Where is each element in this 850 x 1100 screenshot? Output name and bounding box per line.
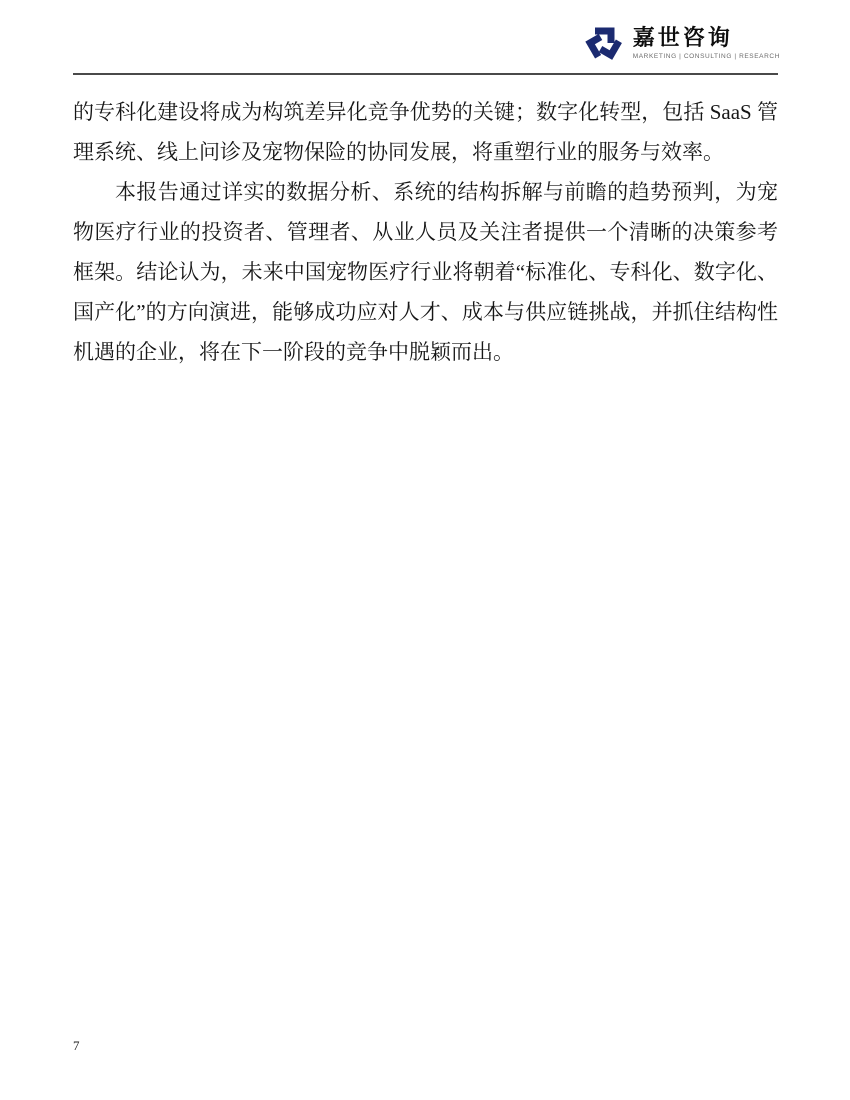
body-paragraph: 的专科化建设将成为构筑差异化竞争优势的关键；数字化转型，包括 SaaS 管理系统… (73, 92, 778, 172)
header-divider (73, 73, 778, 75)
company-name: 嘉世咨询 (633, 25, 733, 51)
company-logo-text-block: 嘉世咨询 MARKETING | CONSULTING | RESEARCH (633, 25, 780, 60)
document-body: 的专科化建设将成为构筑差异化竞争优势的关键；数字化转型，包括 SaaS 管理系统… (73, 92, 778, 372)
page-number: 7 (73, 1038, 80, 1054)
company-logo: 嘉世咨询 MARKETING | CONSULTING | RESEARCH (584, 22, 780, 62)
body-paragraph: 本报告通过详实的数据分析、系统的结构拆解与前瞻的趋势预判，为宠物医疗行业的投资者… (73, 172, 778, 372)
report-page: 嘉世咨询 MARKETING | CONSULTING | RESEARCH 的… (0, 0, 850, 1100)
jiashi-logo-icon (584, 22, 624, 62)
company-tagline: MARKETING | CONSULTING | RESEARCH (633, 53, 780, 60)
